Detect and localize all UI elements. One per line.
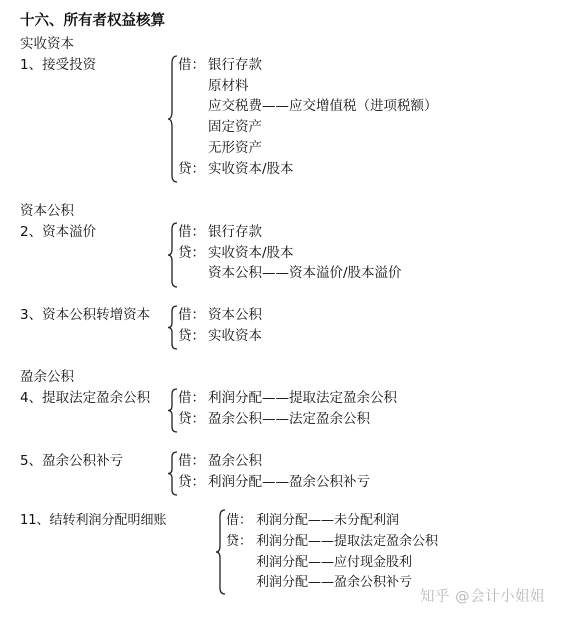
journal-entry: 利润分配——盈余公积补亏 [226, 576, 412, 589]
journal-entry: 原材料 [178, 80, 249, 94]
journal-entry: 借：利润分配——未分配利润 [226, 514, 399, 527]
account-name: 银行存款 [208, 57, 262, 73]
credit-label: 贷： [178, 476, 208, 490]
section-heading-capital-reserve: 资本公积 [20, 205, 74, 219]
account-name: 固定资产 [208, 119, 262, 135]
account-name: 应交税费——应交增值税（进项税额） [208, 98, 438, 114]
credit-label: 贷： [178, 413, 208, 427]
journal-entry: 贷：实收资本/股本 [178, 163, 294, 177]
item-label-surplus-loss-offset: 5、盈余公积补亏 [20, 455, 123, 469]
debit-label: 借： [178, 226, 208, 240]
debit-label: 借： [226, 514, 256, 527]
debit-label: 借： [178, 59, 208, 73]
account-name: 无形资产 [208, 140, 262, 156]
journal-entry: 贷：实收资本/股本 [178, 247, 294, 261]
journal-entry: 借：利润分配——提取法定盈余公积 [178, 392, 397, 406]
journal-entry: 贷：盈余公积——法定盈余公积 [178, 413, 370, 427]
account-name: 利润分配——未分配利润 [256, 513, 399, 528]
item-label-accept-investment: 1、接受投资 [20, 59, 96, 73]
brace-icon [168, 305, 178, 350]
journal-entry: 资本公积——资本溢价/股本溢价 [178, 267, 402, 281]
brace-icon [216, 509, 226, 595]
item-label-statutory-surplus: 4、提取法定盈余公积 [20, 392, 150, 406]
account-name: 利润分配——提取法定盈余公积 [208, 390, 397, 406]
account-name: 盈余公积 [208, 453, 262, 469]
debit-label: 借： [178, 455, 208, 469]
journal-entry: 贷：利润分配——盈余公积补亏 [178, 476, 370, 490]
journal-entry: 贷：实收资本 [178, 330, 262, 344]
brace-icon [168, 451, 178, 496]
section-heading-surplus-reserve: 盈余公积 [20, 371, 74, 385]
credit-label: 贷： [226, 535, 256, 548]
account-name: 利润分配——应付现金股利 [256, 555, 412, 570]
journal-entry: 借：盈余公积 [178, 455, 262, 469]
account-name: 盈余公积——法定盈余公积 [208, 411, 370, 427]
journal-entry: 固定资产 [178, 121, 262, 135]
account-name: 利润分配——盈余公积补亏 [256, 575, 412, 590]
journal-entry: 贷：利润分配——提取法定盈余公积 [226, 535, 438, 548]
debit-label: 借： [178, 392, 208, 406]
item-label-capital-premium: 2、资本溢价 [20, 226, 96, 240]
journal-entry: 无形资产 [178, 142, 262, 156]
journal-entry: 利润分配——应付现金股利 [226, 556, 412, 569]
account-name: 资本公积——资本溢价/股本溢价 [208, 265, 402, 281]
credit-label: 贷： [178, 247, 208, 261]
debit-label: 借： [178, 309, 208, 323]
credit-label: 贷： [178, 330, 208, 344]
section-heading-paid-in-capital: 实收资本 [20, 38, 74, 52]
journal-entry: 应交税费——应交增值税（进项税额） [178, 100, 438, 114]
account-name: 利润分配——提取法定盈余公积 [256, 534, 438, 549]
journal-entry: 借：银行存款 [178, 226, 262, 240]
item-label-close-profit-distribution: 11、结转利润分配明细账 [20, 514, 167, 527]
account-name: 实收资本 [208, 328, 262, 344]
page-title: 十六、所有者权益核算 [20, 14, 165, 29]
journal-entry: 借：银行存款 [178, 59, 262, 73]
zhihu-watermark: 知乎 @会计小姐姐 [420, 590, 545, 605]
journal-entry: 借：资本公积 [178, 309, 262, 323]
account-name: 利润分配——盈余公积补亏 [208, 474, 370, 490]
brace-icon [168, 222, 178, 288]
item-label-reserve-to-capital: 3、资本公积转增资本 [20, 309, 150, 323]
brace-icon [168, 388, 178, 433]
account-name: 实收资本/股本 [208, 245, 294, 261]
account-name: 资本公积 [208, 307, 262, 323]
credit-label: 贷： [178, 163, 208, 177]
account-name: 银行存款 [208, 224, 262, 240]
brace-icon [168, 55, 178, 183]
account-name: 原材料 [208, 78, 249, 94]
account-name: 实收资本/股本 [208, 161, 294, 177]
